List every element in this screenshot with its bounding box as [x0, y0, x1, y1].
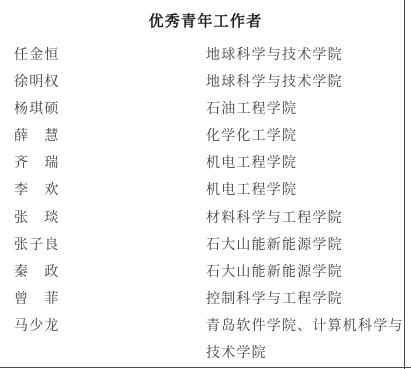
awardee-row: 薛 慧 化学化工学院: [0, 123, 411, 150]
awardee-list: 任金恒 地球科学与技术学院 徐明权 地球科学与技术学院 杨琪硕 石油工程学院 薛…: [0, 32, 411, 367]
awardee-name: 齐 瑞: [0, 150, 206, 177]
awardee-name: 张子良: [0, 232, 206, 259]
awardee-name: 任金恒: [0, 42, 206, 69]
awardee-department: 材料科学与工程学院: [206, 205, 404, 232]
awardee-row: 杨琪硕 石油工程学院: [0, 96, 411, 123]
awardee-name: 薛 慧: [0, 123, 206, 150]
page-title: 优秀青年工作者: [0, 0, 411, 32]
awardee-name: 杨琪硕: [0, 96, 206, 123]
awardee-row: 任金恒 地球科学与技术学院: [0, 42, 411, 69]
awardee-row: 张 琰 材料科学与工程学院: [0, 205, 411, 232]
awardee-row: 齐 瑞 机电工程学院: [0, 150, 411, 177]
awardee-department: 地球科学与技术学院: [206, 69, 404, 96]
awardee-row: 李 欢 机电工程学院: [0, 177, 411, 204]
awardee-department: 化学化工学院: [206, 123, 404, 150]
table-bottom-border: [0, 367, 411, 368]
awardee-department: 石大山能新能源学院: [206, 232, 404, 259]
awardee-row: 张子良 石大山能新能源学院: [0, 232, 411, 259]
awardee-department: 石大山能新能源学院: [206, 259, 404, 286]
awardee-row: 秦 政 石大山能新能源学院: [0, 259, 411, 286]
award-list-document: 优秀青年工作者 任金恒 地球科学与技术学院 徐明权 地球科学与技术学院 杨琪硕 …: [0, 0, 411, 369]
awardee-name: 李 欢: [0, 177, 206, 204]
awardee-name: 秦 政: [0, 259, 206, 286]
awardee-row: 徐明权 地球科学与技术学院: [0, 69, 411, 96]
awardee-department: 控制科学与工程学院: [206, 286, 404, 313]
awardee-name: 徐明权: [0, 69, 206, 96]
awardee-department: 机电工程学院: [206, 150, 404, 177]
awardee-name: 曾 菲: [0, 286, 206, 313]
table-right-border: [404, 0, 405, 369]
awardee-department: 机电工程学院: [206, 177, 404, 204]
awardee-department: 青岛软件学院、计算机科学与技术学院: [206, 313, 404, 367]
awardee-row: 马少龙 青岛软件学院、计算机科学与技术学院: [0, 313, 411, 367]
awardee-department: 石油工程学院: [206, 96, 404, 123]
awardee-department: 地球科学与技术学院: [206, 42, 404, 69]
awardee-name: 马少龙: [0, 313, 206, 340]
awardee-name: 张 琰: [0, 205, 206, 232]
awardee-row: 曾 菲 控制科学与工程学院: [0, 286, 411, 313]
